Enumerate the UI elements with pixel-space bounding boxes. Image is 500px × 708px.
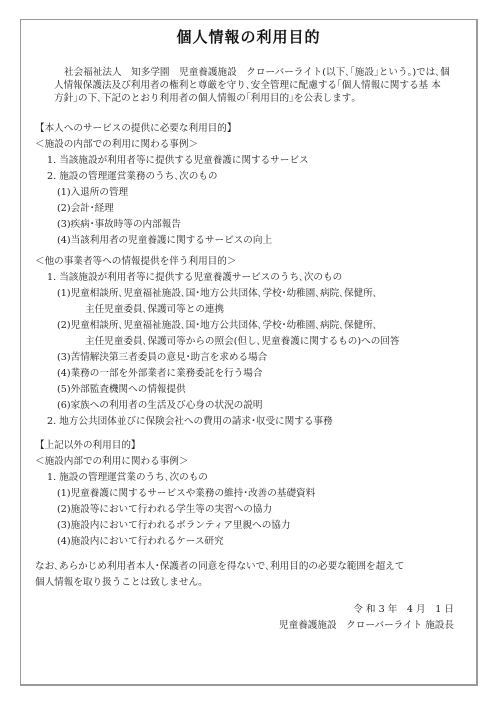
intro-paragraph: 社会福祉法人 知多学園 児童養護施設 クローバーライト(以下､｢施設｣という｡)… (54, 66, 449, 105)
sub-list-item: (4)施設内において行われるケース研究 (57, 535, 224, 548)
closing-line: なお､あらかじめ利用者本人･保護者の同意を得ないで､利用目的の必要な範囲を超えて (35, 560, 404, 573)
list-item: 2. 施設の管理運営業務のうち､次のもの (47, 170, 218, 183)
subsection-heading: ＜施設の内部での利用に関わる事例＞ (35, 138, 198, 151)
subsection-heading: ＜他の事業者等への情報提供を伴う利用目的＞ (35, 255, 236, 268)
document-page: 個人情報の利用目的 社会福祉法人 知多学園 児童養護施設 クローバーライト(以下… (20, 19, 478, 686)
closing-line: 個人情報を取り扱うことは致しません｡ (35, 576, 203, 589)
sub-list-item: (1)児童養護に関するサービスや業務の維持･改善の基礎資料 (57, 487, 315, 500)
intro-line: 方針｣の下､下記のとおり利用者の個人情報の｢利用目的｣を公表します｡ (54, 92, 449, 105)
list-item: 1. 施設の管理運営業のうち､次のもの (47, 471, 208, 484)
sub-list-item: (2)施設等において行われる学生等の実習への協力 (57, 503, 272, 516)
sub-list-item: (2)児童相談所､児童福祉施設､国･地方公共団体､学校･幼稚園､病院､保健所､ (57, 319, 378, 332)
sub-list-item: (3)施設内において行われるボランティア里親への協力 (57, 519, 290, 532)
section-heading: 【本人へのサービスの提供に必要な利用目的】 (35, 122, 236, 135)
sub-list-item: (1)児童相談所､児童福祉施設､国･地方公共団体､学校･幼稚園､病院､保健所､ (57, 287, 378, 300)
date: 令 和 3 年 4 月 1 日 (353, 603, 454, 616)
sub-list-item: (4)当該利用者の児童養護に関するサービスの向上 (57, 234, 272, 247)
sub-list-item: (3)苦情解決第三者委員の意見･助言を求める場合 (57, 351, 267, 364)
list-item: 2. 地方公共団体並びに保険会社への費用の請求･収受に関する事務 (47, 415, 333, 428)
sub-list-item-continued: 主任児童委員､保護司等からの照会(但し､児童養護に関するもの)への回答 (85, 335, 400, 348)
intro-line: 人情報保護法及び利用者の権利と尊厳を守り､安全管理に配慮する｢個人情報に関する基… (54, 79, 449, 92)
sub-list-item: (6)家族への利用者の生活及び心身の状況の説明 (57, 399, 262, 412)
page-title: 個人情報の利用目的 (21, 26, 476, 47)
subsection-heading: ＜施設内部での利用に関わる事例＞ (35, 455, 189, 468)
sub-list-item: (4)業務の一部を外部業者に業務委託を行う場合 (57, 367, 262, 380)
sub-list-item: (5)外部監査機関への情報提供 (57, 383, 186, 396)
sub-list-item: (2)会計･経理 (57, 202, 114, 215)
list-item: 1. 当該施設が利用者等に提供する児童養護に関するサービス (47, 154, 309, 167)
section-heading: 【上記以外の利用目的】 (35, 439, 141, 452)
list-item: 1. 当該施設が利用者等に提供する児童養護サービスのうち､次のもの (47, 271, 342, 284)
sub-list-item: (1)入退所の管理 (57, 186, 128, 199)
intro-line: 社会福祉法人 知多学園 児童養護施設 クローバーライト(以下､｢施設｣という｡)… (54, 66, 449, 79)
sub-list-item: (3)疾病･事故時等の内部報告 (57, 218, 181, 231)
sub-list-item-continued: 主任児童委員､保護司等との連携 (85, 303, 224, 316)
signature: 児童養護施設 クローバーライト 施設長 (279, 619, 454, 632)
